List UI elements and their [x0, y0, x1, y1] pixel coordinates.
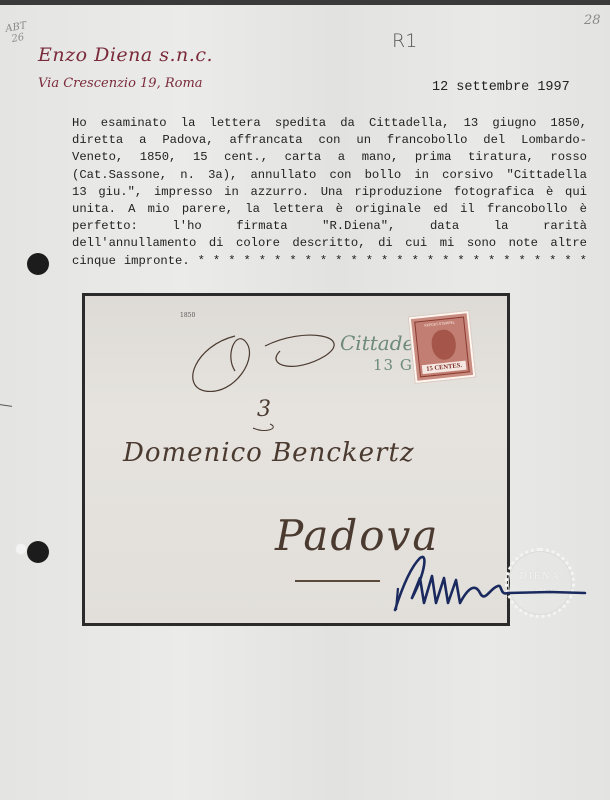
body-line: Ho esaminato la lettera spedita da Citta…	[72, 115, 587, 132]
postage-stamp: KKPOST-STEMPEL 15 CENTES.	[409, 311, 476, 383]
certificate-body: Ho esaminato la lettera spedita da Citta…	[72, 115, 587, 270]
punch-hole-icon	[27, 541, 49, 563]
pencil-note-page-number: 28	[584, 15, 601, 26]
letterhead-name: Enzo Diena s.n.c.	[38, 44, 213, 66]
signature-icon	[390, 548, 590, 618]
svg-text:3: 3	[257, 397, 271, 422]
addressee-name: Domenico Benckertz	[123, 438, 415, 468]
stamp-top-text: KKPOST-STEMPEL	[418, 320, 462, 329]
reference-mark: R1	[392, 30, 417, 52]
body-line: 13 giu.", impresso in azzurro. Una ripro…	[72, 184, 587, 201]
stamp-value: 15 CENTES.	[422, 361, 467, 375]
body-line: unita. A mio parere, la lettera è origin…	[72, 201, 587, 218]
body-line: Veneto, 1850, 15 cent., carta a mano, pr…	[72, 149, 587, 166]
city-underline	[295, 580, 380, 582]
pencil-note-top-left: ABT 26	[4, 20, 29, 45]
body-line: cinque impronte. * * * * * * * * * * * *…	[72, 253, 587, 270]
body-line: (Cat.Sassone, n. 3a), annullato con boll…	[72, 167, 587, 184]
punch-hole-icon	[27, 253, 49, 275]
coat-of-arms-icon	[430, 329, 457, 361]
letterhead-address: Via Crescenzio 19, Roma	[38, 76, 203, 91]
body-line: diretta a Padova, affrancata con un fran…	[72, 132, 587, 149]
body-line: perfetto: l'ho firmata "R.Diena", data l…	[72, 218, 587, 235]
body-line: dell'annullamento di colore descritto, d…	[72, 235, 587, 252]
certificate-date: 12 settembre 1997	[432, 80, 570, 95]
